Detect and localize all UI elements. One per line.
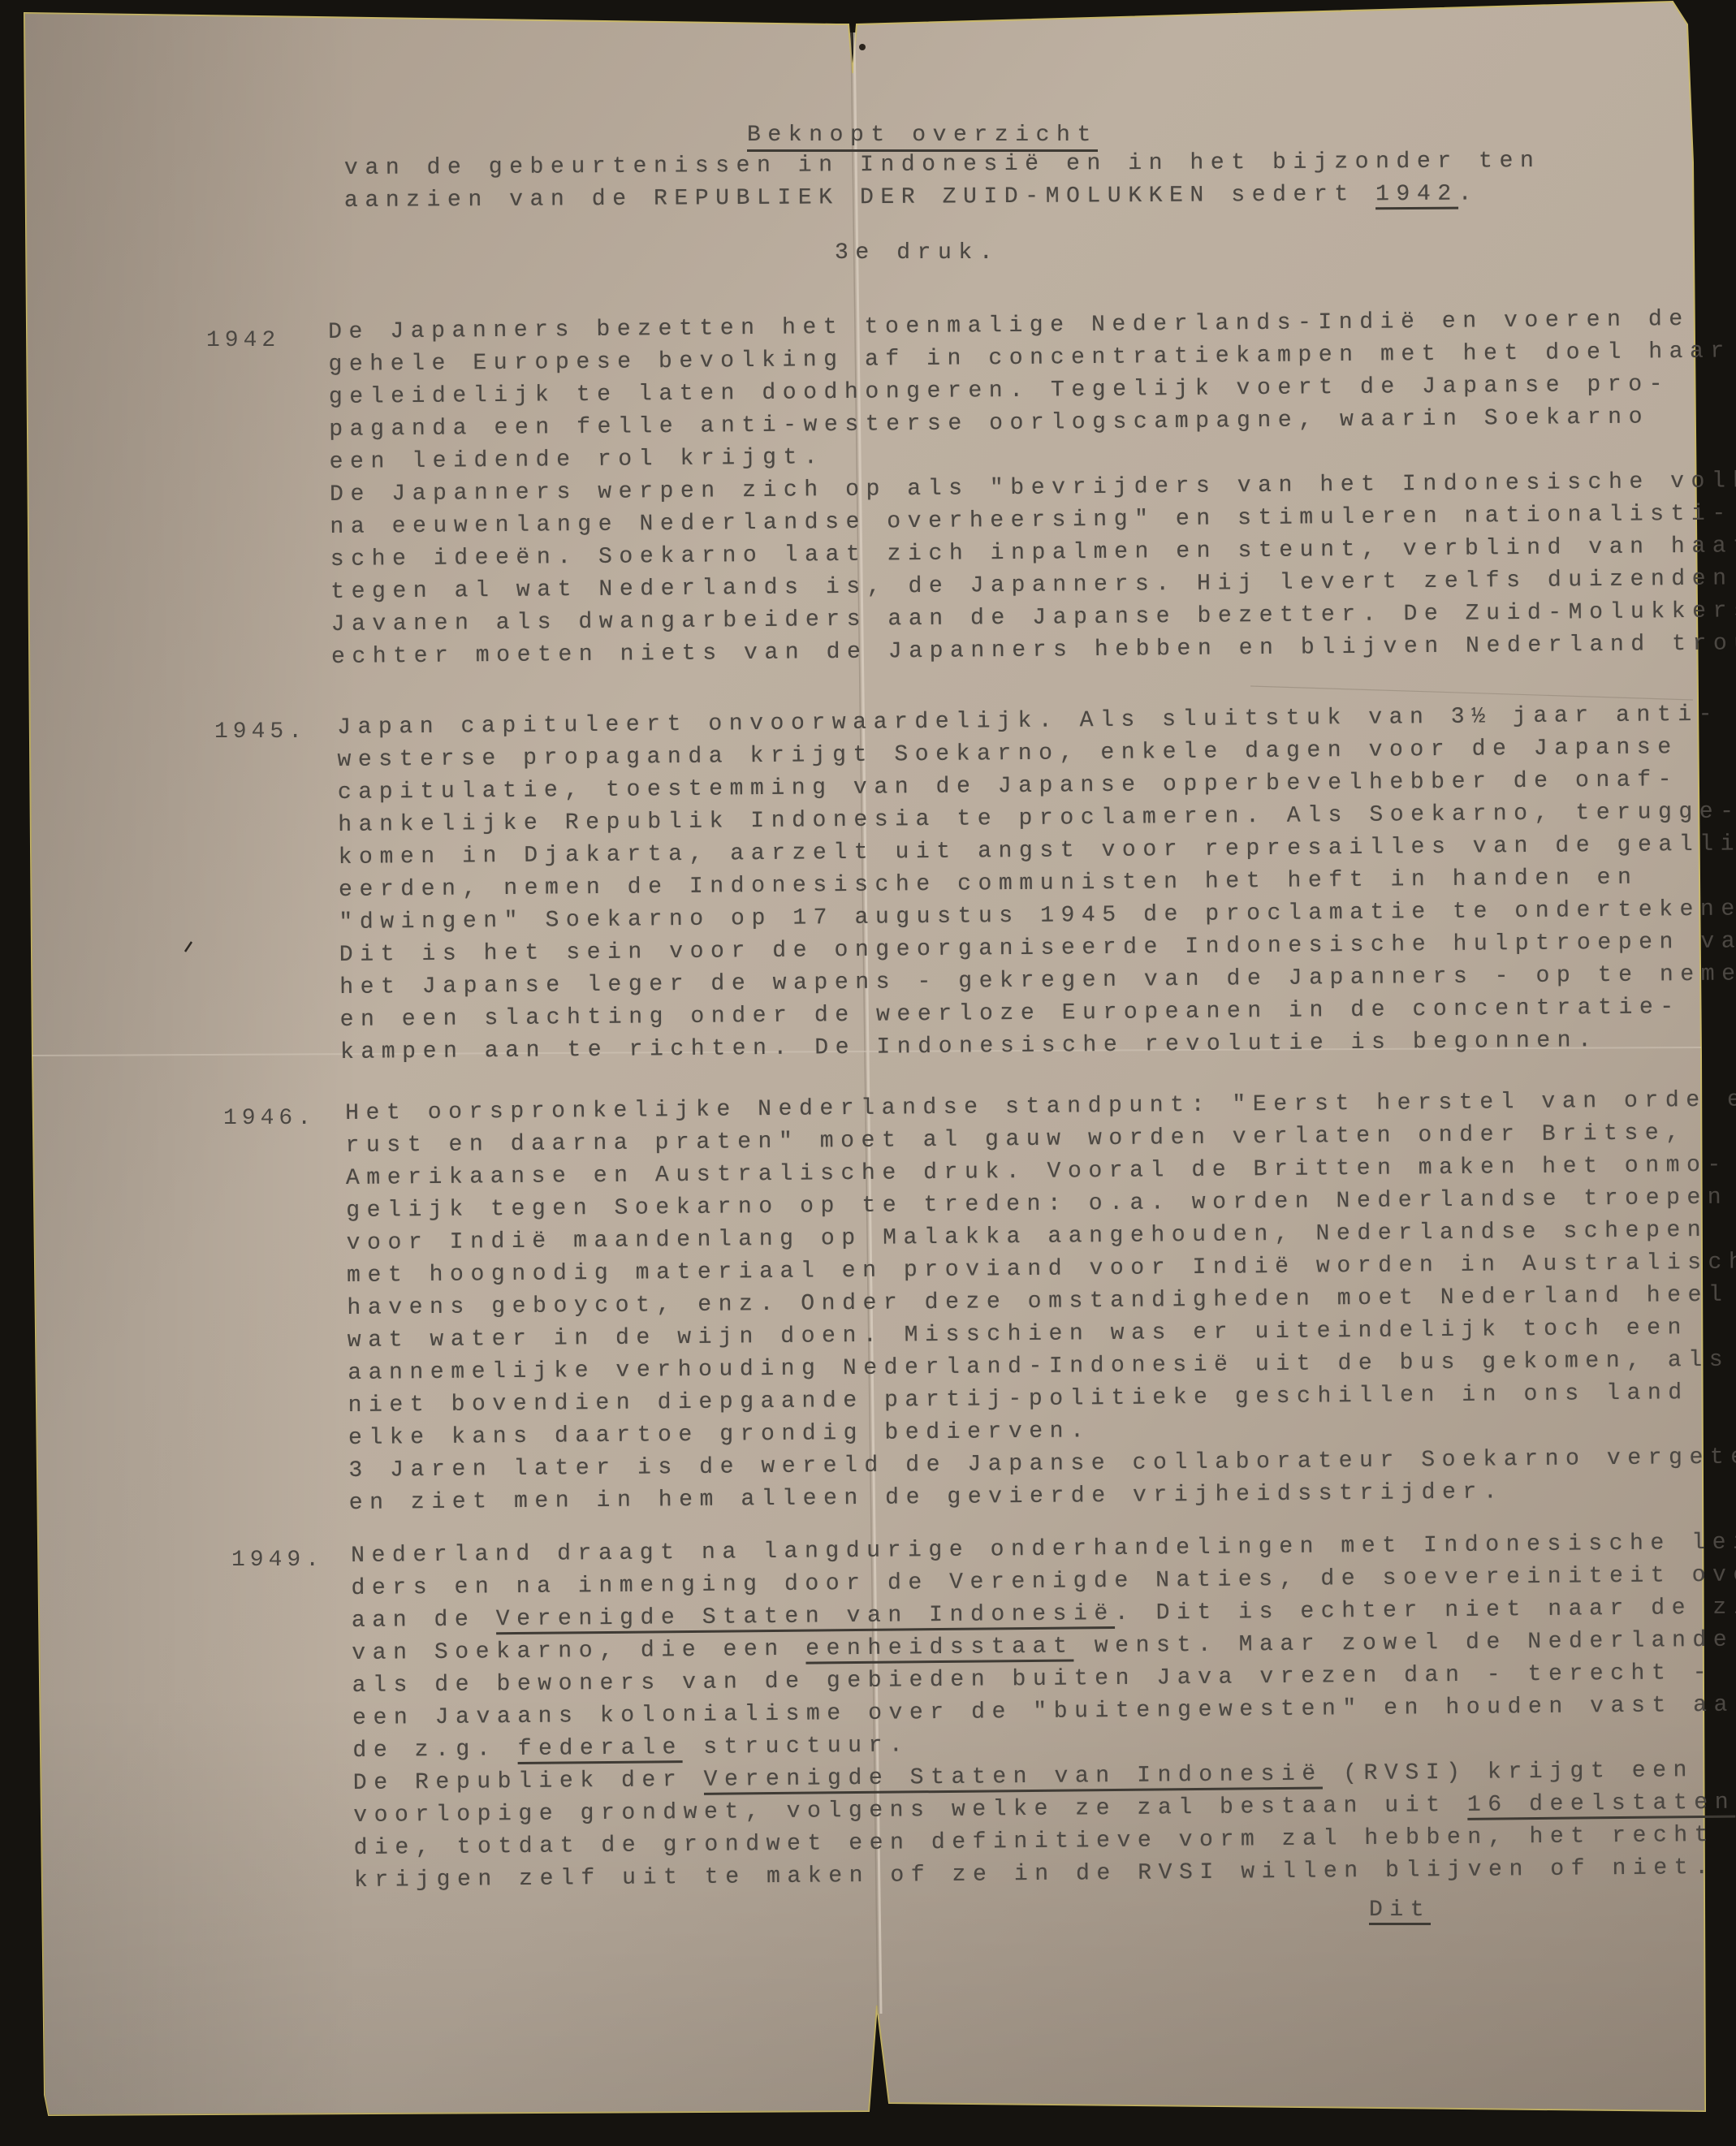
section-year: 1942	[206, 325, 280, 357]
document-page: Beknopt overzicht van de gebeurtenissen …	[0, 0, 1736, 2146]
subtitle-year: 1942	[1375, 182, 1458, 210]
subtitle-prefix: aanzien van de REPUBLIEK DER ZUID-MOLUKK…	[344, 182, 1375, 214]
underlined-phrase: 16 deelstaten	[1467, 1790, 1736, 1820]
continuation-text: Dit	[1369, 1898, 1431, 1925]
underlined-phrase: Verenigde Staten van Indonesië	[704, 1762, 1323, 1795]
document-title: Beknopt overzicht	[747, 119, 1098, 152]
title-text: Beknopt overzicht	[747, 123, 1098, 152]
subtitle-line-2: aanzien van de REPUBLIEK DER ZUID-MOLUKK…	[344, 178, 1479, 218]
subtitle-suffix: .	[1458, 181, 1479, 206]
section-1946: Het oorspronkelijke Nederlandse standpun…	[345, 1084, 1736, 1520]
underlined-phrase: eenheidsstaat	[805, 1634, 1074, 1664]
section-year: 1945.	[214, 716, 307, 749]
section-1942: De Japanners bezetten het toenmalige Ned…	[328, 303, 1736, 674]
edition-label: 3e druk.	[835, 237, 1000, 270]
section-1945: Japan capituleert onvoorwaardelijk. Als …	[337, 698, 1736, 1069]
section-year: 1946.	[223, 1103, 316, 1135]
section-1949: Nederland draagt na langdurige onderhand…	[351, 1526, 1736, 1898]
underlined-phrase: Verenigde Staten van Indonesië	[496, 1601, 1115, 1634]
continuation-word: Dit	[1369, 1894, 1431, 1927]
section-year: 1949.	[231, 1544, 324, 1577]
underlined-phrase: federale	[518, 1735, 684, 1764]
